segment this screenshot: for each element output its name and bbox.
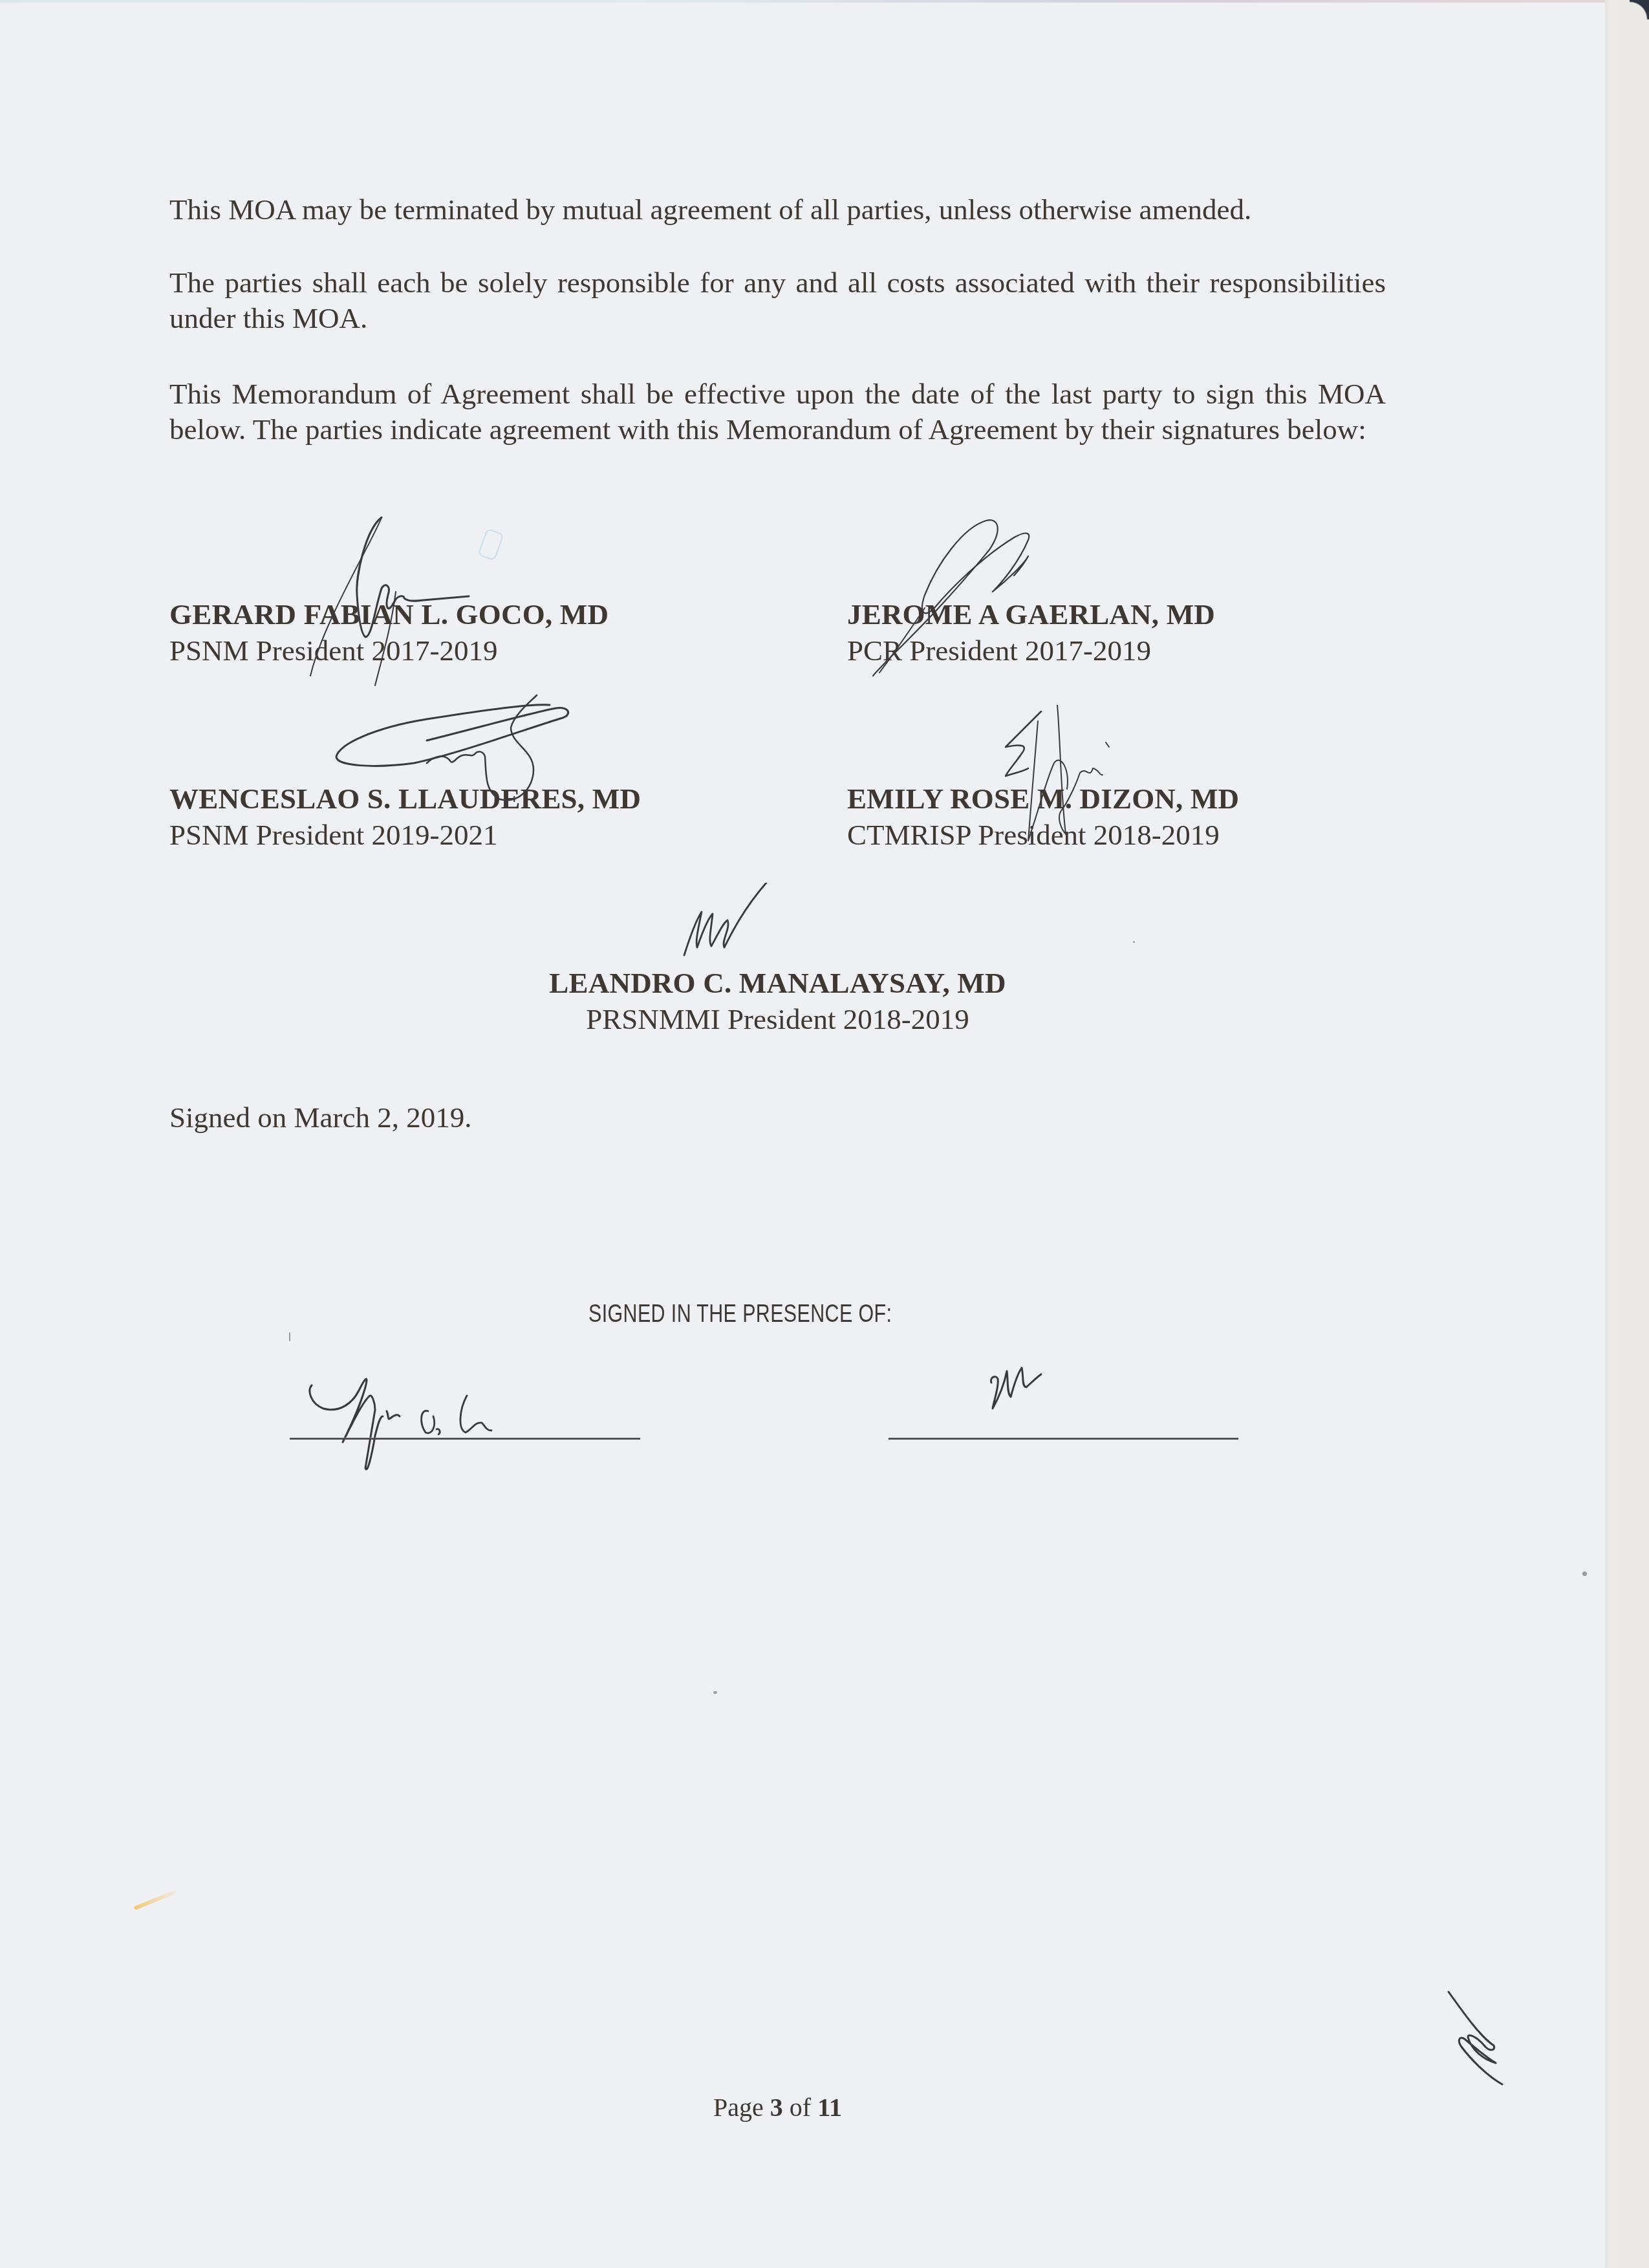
current-page-number: 3 (770, 2093, 783, 2122)
faint-stamp-mark (477, 528, 504, 561)
highlighter-mark (133, 1890, 177, 1910)
signatory-title: PCR President 2017-2019 (847, 632, 1215, 669)
signatory-name: GERARD FABIAN L. GOCO, MD (169, 596, 609, 632)
dust-speck (1133, 941, 1135, 943)
signatory-name: LEANDRO C. MANALAYSAY, MD (0, 965, 1555, 1001)
signatory-manalaysay: LEANDRO C. MANALAYSAY, MD PRSNMMI Presid… (0, 965, 1555, 1037)
signatory-title: PRSNMMI President 2018-2019 (0, 1001, 1555, 1037)
page-label: Page (713, 2093, 764, 2122)
document-page: This MOA may be terminated by mutual agr… (0, 0, 1605, 2268)
signatory-llauderes: WENCESLAO S. LLAUDERES, MD PSNM Presiden… (169, 781, 641, 853)
costs-paragraph: The parties shall each be solely respons… (169, 265, 1386, 336)
signatory-title: PSNM President 2019-2021 (169, 817, 641, 853)
witness-signature-line-2 (889, 1438, 1238, 1440)
signatory-dizon: EMILY ROSE M. DIZON, MD CTMRISP Presiden… (847, 781, 1239, 853)
scanner-corner (1630, 0, 1649, 19)
termination-paragraph: This MOA may be terminated by mutual agr… (169, 192, 1386, 228)
page-of-label: of (790, 2093, 811, 2122)
margin-initials (1445, 1989, 1516, 2099)
scan-top-edge (0, 0, 1605, 3)
signatory-title: PSNM President 2017-2019 (169, 632, 609, 669)
signatory-name: WENCESLAO S. LLAUDERES, MD (169, 781, 641, 817)
effectivity-paragraph: This Memorandum of Agreement shall be ef… (169, 376, 1386, 448)
signature-witness-2 (986, 1358, 1057, 1416)
witness-heading: SIGNED IN THE PRESENCE OF: (588, 1300, 873, 1328)
scanner-lid-edge (1605, 0, 1649, 2268)
signatory-gaerlan: JEROME A GAERLAN, MD PCR President 2017-… (847, 596, 1215, 669)
dust-speck (289, 1332, 290, 1341)
signature-witness-1 (304, 1371, 563, 1481)
page-footer: Page 3 of 11 (0, 2092, 1555, 2123)
signatory-title: CTMRISP President 2018-2019 (847, 817, 1239, 853)
signatory-name: JEROME A GAERLAN, MD (847, 596, 1215, 632)
signature-manalaysay (679, 883, 776, 960)
dust-speck (713, 1691, 717, 1694)
dust-speck (1582, 1571, 1587, 1576)
total-pages-number: 11 (817, 2093, 842, 2122)
signatory-goco: GERARD FABIAN L. GOCO, MD PSNM President… (169, 596, 609, 669)
signatory-name: EMILY ROSE M. DIZON, MD (847, 781, 1239, 817)
witness-signature-line-1 (290, 1438, 640, 1440)
signed-date: Signed on March 2, 2019. (169, 1099, 471, 1136)
